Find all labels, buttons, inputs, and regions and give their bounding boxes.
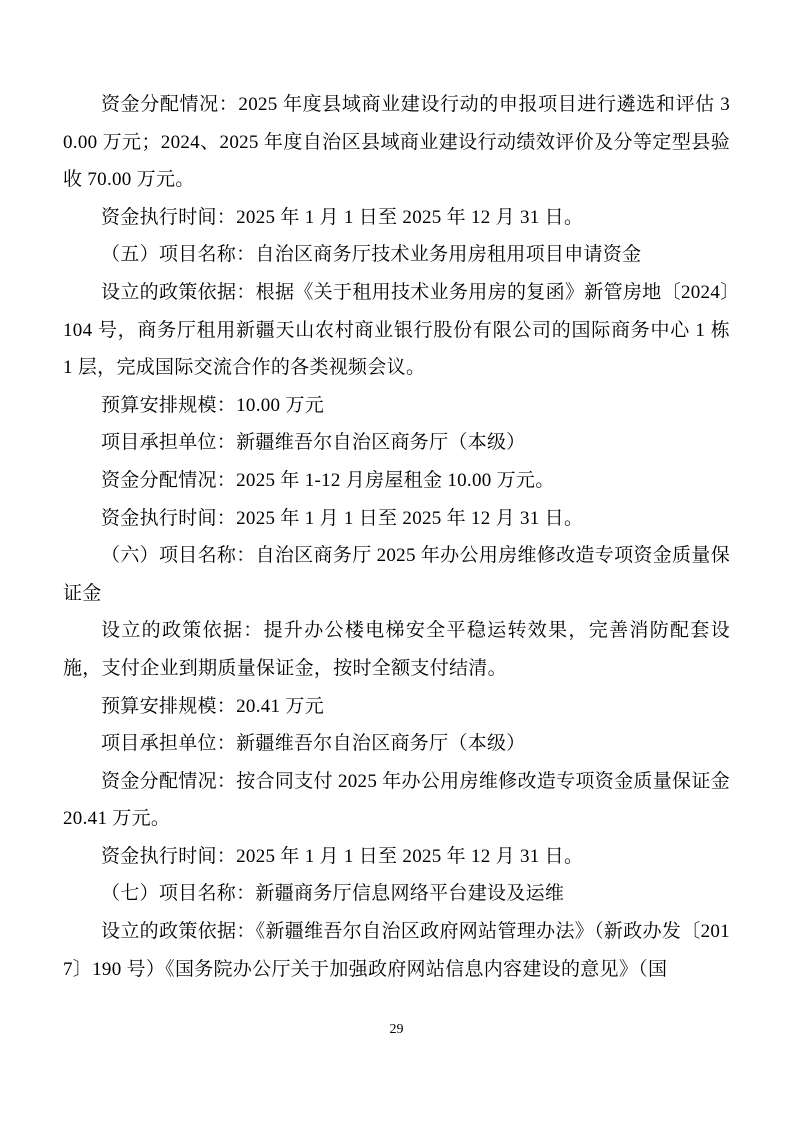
paragraph: 设立的政策依据：《新疆维吾尔自治区政府网站管理办法》（新政办发〔2017〕190… [63,913,730,988]
document-page: 资金分配情况：2025 年度县域商业建设行动的申报项目进行遴选和评估 30.00… [0,0,793,1122]
paragraph: 预算安排规模：10.00 万元 [63,387,730,425]
paragraph: 项目承担单位：新疆维吾尔自治区商务厅（本级） [63,725,730,763]
paragraph: 设立的政策依据：提升办公楼电梯安全平稳运转效果，完善消防配套设施，支付企业到期质… [63,612,730,687]
paragraph: 资金分配情况：2025 年度县域商业建设行动的申报项目进行遴选和评估 30.00… [63,86,730,199]
paragraph: 资金分配情况：按合同支付 2025 年办公用房维修改造专项资金质量保证金 20.… [63,763,730,838]
paragraph: 项目承担单位：新疆维吾尔自治区商务厅（本级） [63,424,730,462]
paragraph: （七）项目名称：新疆商务厅信息网络平台建设及运维 [63,875,730,913]
paragraph: 资金执行时间：2025 年 1 月 1 日至 2025 年 12 月 31 日。 [63,838,730,876]
paragraph: 资金执行时间：2025 年 1 月 1 日至 2025 年 12 月 31 日。 [63,500,730,538]
paragraph: （五）项目名称：自治区商务厅技术业务用房租用项目申请资金 [63,236,730,274]
page-number: 29 [390,1022,404,1037]
page-footer: 29 [0,1020,793,1038]
paragraph: 设立的政策依据：根据《关于租用技术业务用房的复函》新管房地〔2024〕104 号… [63,274,730,387]
paragraph: 资金分配情况：2025 年 1-12 月房屋租金 10.00 万元。 [63,462,730,500]
paragraph: （六）项目名称：自治区商务厅 2025 年办公用房维修改造专项资金质量保证金 [63,537,730,612]
paragraph: 资金执行时间：2025 年 1 月 1 日至 2025 年 12 月 31 日。 [63,199,730,237]
document-body: 资金分配情况：2025 年度县域商业建设行动的申报项目进行遴选和评估 30.00… [63,86,730,988]
paragraph: 预算安排规模：20.41 万元 [63,688,730,726]
